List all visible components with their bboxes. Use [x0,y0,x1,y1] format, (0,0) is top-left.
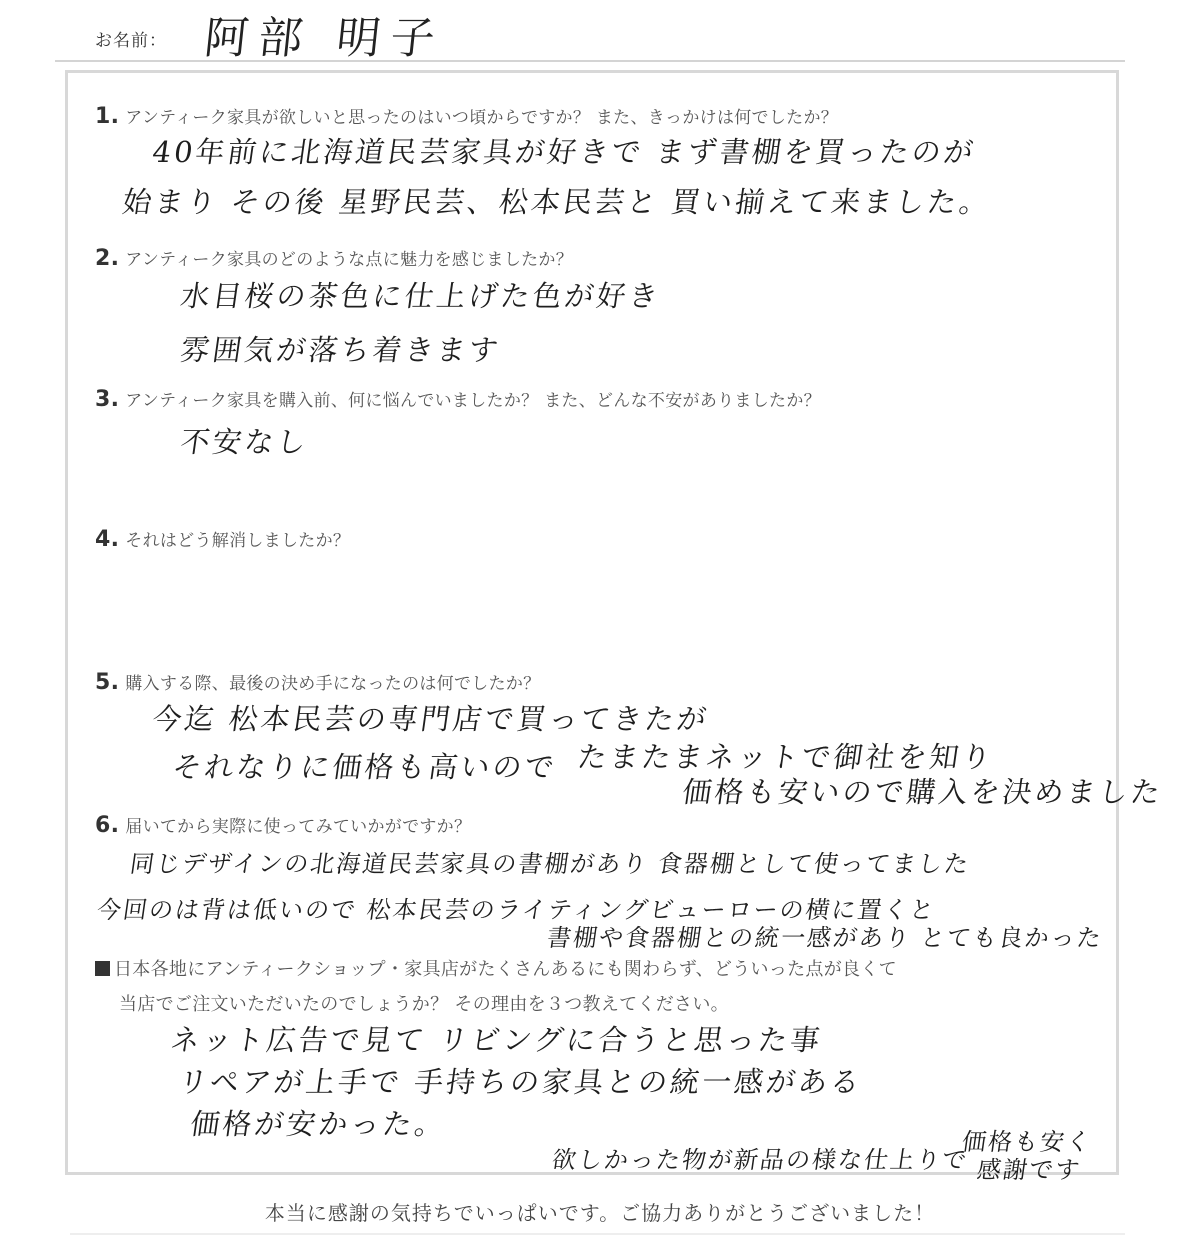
name-row: お名前： 阿部 明子 [95,0,1125,62]
question-text: それはどう解消しましたか？ [125,531,350,551]
question-3: 3.アンティーク家具を購入前、何に悩んでいましたか？ また、どんな不安がありまし… [95,386,821,412]
question-text: アンティーク家具が欲しいと思ったのはいつ頃からですか？ また、きっかけは何でした… [125,108,838,128]
answer-5-line-2: それなりに価格も高いので [170,745,560,786]
reason-answer-3: 価格が安かった。 [188,1102,450,1143]
answer-2-line-1: 水目桜の茶色に仕上げた色が好き [178,274,664,315]
question-text: 届いてから実際に使ってみていかがですか？ [125,817,471,837]
question-text: アンティーク家具を購入前、何に悩んでいましたか？ また、どんな不安がありましたか… [125,391,821,411]
answer-6-line-1: 同じデザインの北海道民芸家具の書棚があり 食器棚として使ってました [128,844,973,879]
question-1: 1.アンティーク家具が欲しいと思ったのはいつ頃からですか？ また、きっかけは何で… [95,103,838,129]
answer-5-line-1: 今迄 松本民芸の専門店で買ってきたが [150,697,712,738]
name-underline [55,60,1125,62]
question-number: 3. [95,387,119,412]
answer-6-line-3: 書棚や食器棚との統一感があり とても良かった [545,918,1106,953]
reason-question-line-1: 日本各地にアンティークショップ・家具店がたくさんあるにも関わらず、どういった点が… [95,955,897,981]
answer-2-line-2: 雰囲気が落ち着きます [178,328,504,369]
reason-answer-1: ネット広告で見て リビングに合うと思った事 [168,1018,825,1059]
question-number: 4. [95,527,119,552]
reason-extra-3: 感謝です [975,1150,1084,1185]
reason-answer-2: リペアが上手で 手持ちの家具との統一感がある [176,1060,865,1101]
reason-question-line-2: 当店でご注文いただいたのでしょうか？ その理由を３つ教えてください。 [119,990,729,1016]
question-text: 購入する際、最後の決め手になったのは何でしたか？ [125,674,540,694]
answer-1-line-2: 始まり その後 星野民芸、松本民芸と 買い揃えて来ました。 [120,180,994,221]
square-bullet-icon [95,961,110,976]
question-number: 1. [95,104,119,129]
question-text: アンティーク家具のどのような点に魅力を感じましたか？ [125,250,573,270]
reason-extra-1: 欲しかった物が新品の様な仕上りで [550,1140,971,1175]
question-number: 6. [95,813,119,838]
name-label: お名前： [95,26,167,51]
answer-5-line-4: 価格も安いので購入を決めました [680,770,1166,811]
name-value: 阿部 明子 [202,2,449,66]
answer-1-line-1: 40年前に北海道民芸家具が好きで まず書棚を買ったのが [150,130,979,171]
footer-rule [70,1233,1125,1235]
reason-question-text-1: 日本各地にアンティークショップ・家具店がたくさんあるにも関わらず、どういった点が… [114,959,897,980]
question-4: 4.それはどう解消しましたか？ [95,526,350,552]
question-6: 6.届いてから実際に使ってみていかがですか？ [95,812,471,838]
question-number: 2. [95,246,119,271]
question-2: 2.アンティーク家具のどのような点に魅力を感じましたか？ [95,245,573,271]
question-5: 5.購入する際、最後の決め手になったのは何でしたか？ [95,669,540,695]
answer-3-line-1: 不安なし [178,420,312,461]
question-number: 5. [95,670,119,695]
footer-thanks: 本当に感謝の気持ちでいっぱいです。ご協力ありがとうございました！ [0,1197,1200,1226]
